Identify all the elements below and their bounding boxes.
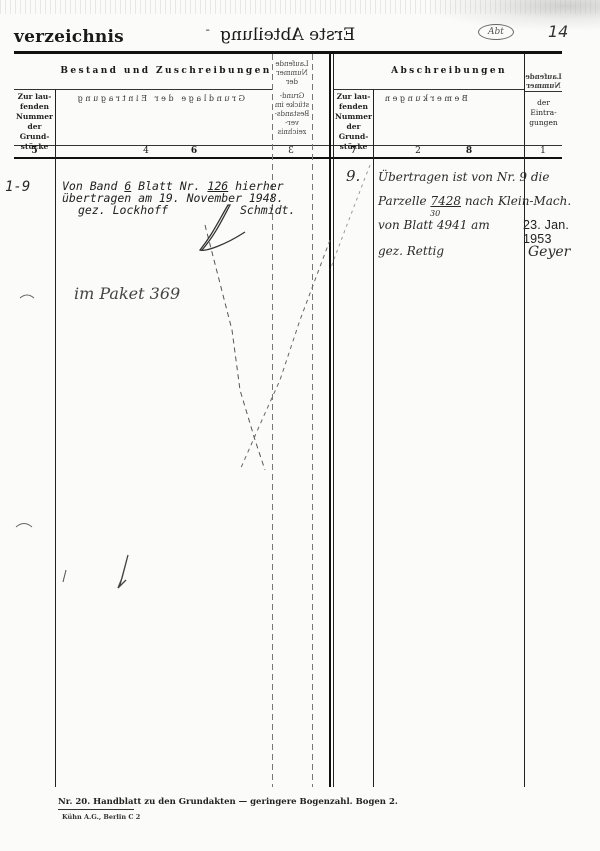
abschreibung-line3: von Blatt 4941 am <box>378 218 490 232</box>
abschreibung-superscript: 30 <box>430 209 440 218</box>
abschreibung-lfd-number: 9. <box>346 167 360 185</box>
cancellation-strikes <box>0 0 600 851</box>
abschreibung-line4: gez. Rettig <box>378 244 444 258</box>
signature: Geyer <box>528 244 570 260</box>
printer-imprint: Kühn A.G., Berlin C 2 <box>62 813 140 821</box>
date-stamp: 23. Jan. 1953 <box>523 218 600 246</box>
footer-rule <box>58 809 134 810</box>
parcel-number: 7428 <box>430 194 461 208</box>
abschreibung-line2: Parzelle 7428 nach Klein-Mach. <box>378 194 571 208</box>
form-footer: Nr. 20. Handblatt zu den Grundakten — ge… <box>58 797 398 807</box>
hand-text: Parzelle <box>378 194 430 208</box>
abschreibung-line1: Übertragen ist von Nr. 9 die <box>378 170 549 184</box>
hand-text: nach Klein-Mach. <box>461 194 571 208</box>
